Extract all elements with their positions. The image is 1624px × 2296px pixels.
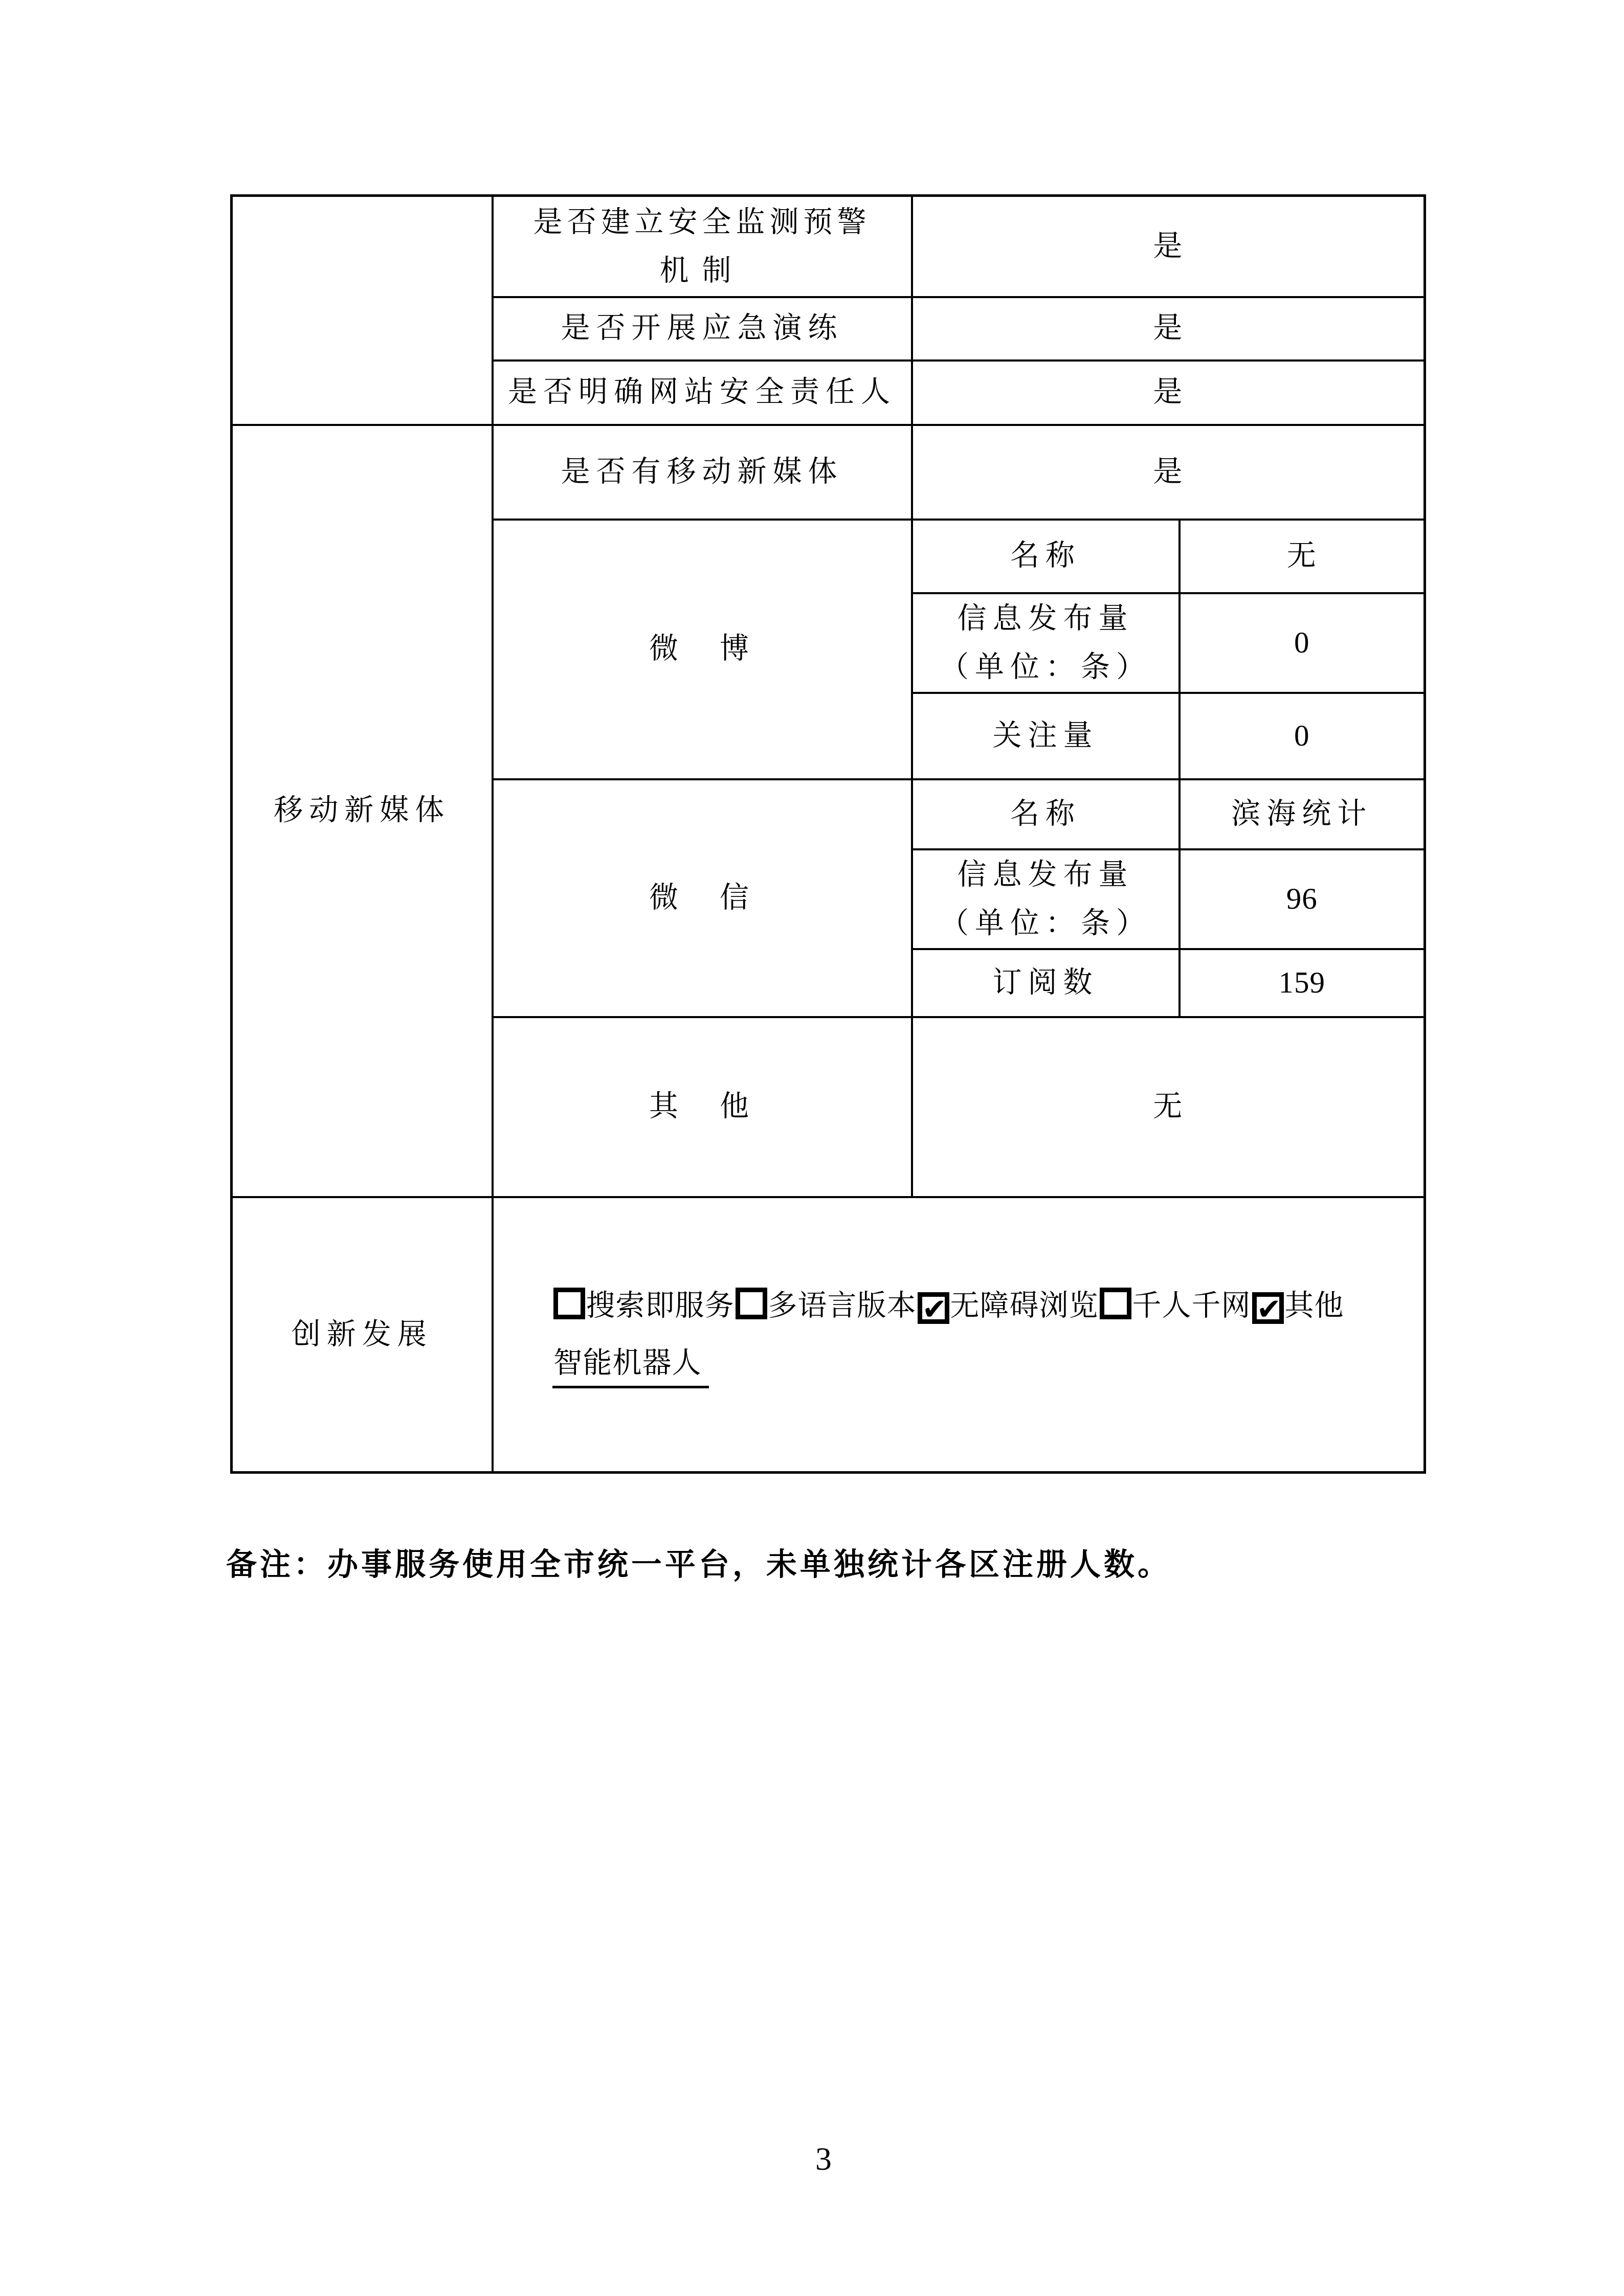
wechat-subscribers-label: 订阅数: [912, 949, 1180, 1017]
security-row-drill-value: 是: [912, 297, 1425, 361]
mobile-media-category-cell: 移动新媒体: [232, 425, 493, 1197]
innovation-category-cell: 创新发展: [232, 1197, 493, 1473]
weibo-followers-value: 0: [1180, 693, 1425, 779]
wechat-posts-value: 96: [1180, 849, 1425, 949]
security-category-cell: [232, 196, 493, 425]
weibo-posts-label: 信息发布量 （单位：条）: [912, 593, 1180, 693]
wechat-posts-label-line2: （单位：条）: [917, 899, 1174, 948]
innovation-other-detail: 智能机器人: [552, 1343, 709, 1388]
security-row-drill-label: 是否开展应急演练: [493, 297, 912, 361]
checkbox-label-accessibility: 无障碍浏览: [950, 1290, 1099, 1322]
checkbox-personalized-web: [1100, 1288, 1131, 1319]
checkbox-accessibility: ✔: [918, 1292, 949, 1324]
footnote: 备注：办事服务使用全市统一平台，未单独统计各区注册人数。: [226, 1545, 1454, 1584]
weibo-name-value: 无: [1180, 520, 1425, 593]
checkbox-label-other: 其他: [1285, 1290, 1344, 1322]
security-row-monitor-label-line1: 是否建立安全监测预警: [498, 198, 907, 246]
has-mobile-media-label: 是否有移动新媒体: [493, 425, 912, 520]
weibo-posts-label-line1: 信息发布量: [917, 594, 1174, 643]
wechat-name-label: 名称: [912, 779, 1180, 849]
checkbox-other: ✔: [1252, 1292, 1284, 1324]
other-media-value: 无: [912, 1017, 1425, 1197]
annual-report-table: 是否建立安全监测预警 机制 是 是否开展应急演练 是 是否明确网站安全责任人 是…: [230, 194, 1426, 1474]
checkbox-search-as-service: [553, 1288, 585, 1319]
weibo-followers-label: 关注量: [912, 693, 1180, 779]
other-media-label: 其 他: [493, 1017, 912, 1197]
wechat-posts-label: 信息发布量 （单位：条）: [912, 849, 1180, 949]
page-number: 3: [747, 2140, 900, 2178]
checkbox-label-search-as-service: 搜索即服务: [586, 1290, 735, 1322]
wechat-subscribers-value: 159: [1180, 949, 1425, 1017]
wechat-posts-label-line1: 信息发布量: [917, 850, 1174, 899]
security-row-monitor-value: 是: [912, 196, 1425, 297]
has-mobile-media-value: 是: [912, 425, 1425, 520]
checkbox-label-multilingual: 多语言版本: [768, 1290, 917, 1322]
security-row-owner-value: 是: [912, 361, 1425, 425]
wechat-group-cell: 微 信: [493, 779, 912, 1017]
weibo-group-cell: 微 博: [493, 520, 912, 779]
wechat-name-value: 滨海统计: [1180, 779, 1425, 849]
security-row-monitor-label: 是否建立安全监测预警 机制: [493, 196, 912, 297]
checkbox-label-personalized-web: 千人千网: [1132, 1290, 1251, 1322]
weibo-posts-label-line2: （单位：条）: [917, 643, 1174, 691]
security-row-owner-label: 是否明确网站安全责任人: [493, 361, 912, 425]
document-page: 是否建立安全监测预警 机制 是 是否开展应急演练 是 是否明确网站安全责任人 是…: [0, 0, 1624, 2296]
weibo-name-label: 名称: [912, 520, 1180, 593]
security-row-monitor-label-line2: 机制: [498, 246, 907, 295]
weibo-posts-value: 0: [1180, 593, 1425, 693]
innovation-options-cell: 搜索即服务多语言版本✔无障碍浏览千人千网✔其他 智能机器人: [493, 1197, 1425, 1473]
checkbox-multilingual: [736, 1288, 767, 1319]
